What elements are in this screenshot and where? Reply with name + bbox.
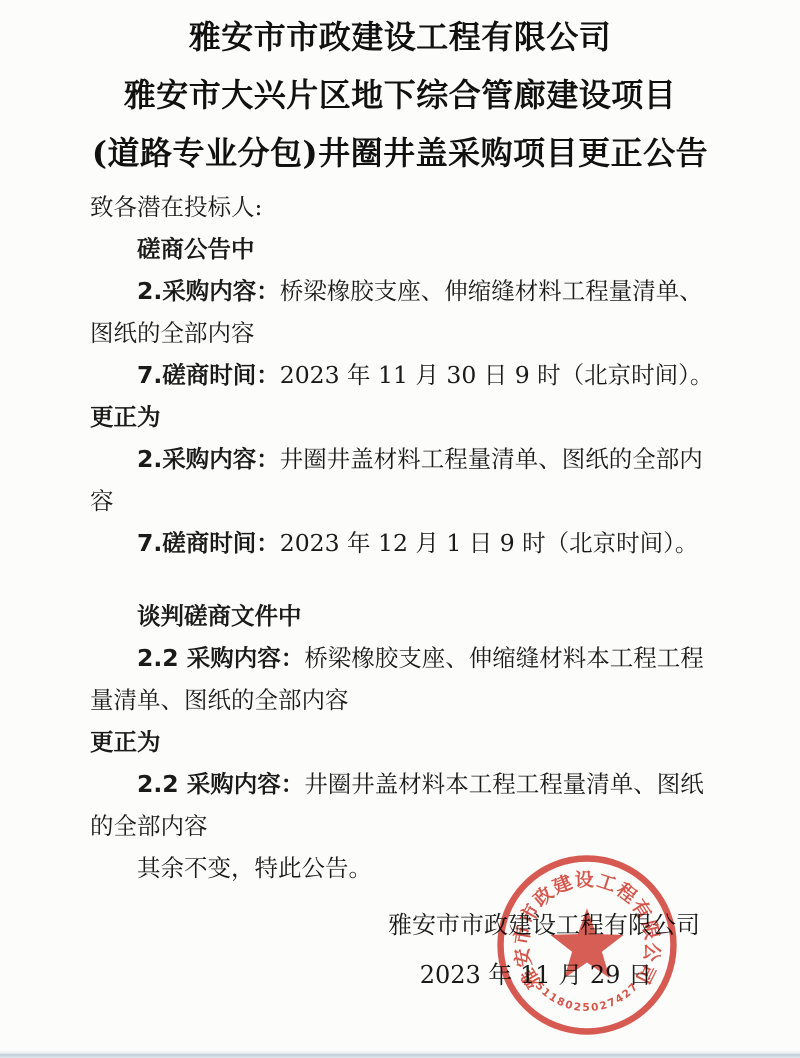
title-line-company: 雅安市市政建设工程有限公司	[0, 8, 800, 66]
body-line: 谈判磋商文件中	[90, 595, 730, 637]
body-line: 2.2 采购内容：井圈井盖材料本工程工程量清单、图纸	[90, 763, 730, 805]
company-seal: 雅安市市政建设工程有限公司 5118025027427	[495, 853, 679, 1037]
body-line: 7.磋商时间：2023 年 11 月 30 日 9 时（北京时间）。	[90, 354, 730, 396]
body-line-label: 磋商公告中	[137, 235, 255, 263]
svg-text:5118025027427: 5118025027427	[533, 980, 642, 1014]
body-line-text: 的全部内容	[90, 812, 208, 840]
body-line-text: 2023 年 12 月 1 日 9 时（北京时间）。	[280, 529, 699, 557]
body-line-text: 量清单、图纸的全部内容	[90, 686, 349, 714]
body-line: 磋商公告中	[90, 228, 730, 270]
body-line-text: 桥梁橡胶支座、伸缩缝材料本工程工程	[304, 644, 704, 672]
body-line-text: 其余不变，特此公告。	[137, 854, 372, 882]
document-page: 雅安市市政建设工程有限公司 雅安市大兴片区地下综合管廊建设项目 (道路专业分包)…	[0, 0, 800, 1058]
body-line: 2.采购内容：井圈井盖材料工程量清单、图纸的全部内	[90, 438, 730, 480]
body-line: 7.磋商时间：2023 年 12 月 1 日 9 时（北京时间）。	[90, 522, 730, 564]
body-line: 更正为	[90, 396, 730, 438]
body-lines: 致各潜在投标人:磋商公告中2.采购内容：桥梁橡胶支座、伸缩缝材料工程量清单、图纸…	[90, 186, 730, 889]
title-line-announcement: (道路专业分包)井圈井盖采购项目更正公告	[0, 124, 800, 182]
scan-edge-shadow	[0, 1050, 800, 1058]
body-line: 致各潜在投标人:	[90, 186, 730, 228]
body-line-label: 2.2 采购内容：	[137, 644, 304, 672]
body-line: 的全部内容	[90, 805, 730, 847]
body-line-label: 更正为	[90, 403, 161, 431]
body-line-label: 7.磋商时间：	[137, 529, 280, 557]
body-line: 更正为	[90, 721, 730, 763]
seal-number: 5118025027427	[533, 980, 642, 1014]
body-line-text: 井圈井盖材料工程量清单、图纸的全部内	[280, 445, 703, 473]
body-line: 2.采购内容：桥梁橡胶支座、伸缩缝材料工程量清单、	[90, 270, 730, 312]
body-line-text: 致各潜在投标人:	[90, 193, 262, 221]
body-line: 2.2 采购内容：桥梁橡胶支座、伸缩缝材料本工程工程	[90, 637, 730, 679]
body-line-label: 2.2 采购内容：	[137, 770, 304, 798]
body-line-text: 井圈井盖材料本工程工程量清单、图纸	[304, 770, 704, 798]
body-line-label: 更正为	[90, 728, 161, 756]
body-line: 图纸的全部内容	[90, 312, 730, 354]
body-line-text: 2023 年 11 月 30 日 9 时（北京时间）。	[280, 361, 714, 389]
seal-star-icon	[550, 908, 623, 978]
body-line-text: 桥梁橡胶支座、伸缩缝材料工程量清单、	[280, 277, 703, 305]
body-line-label: 7.磋商时间：	[137, 361, 280, 389]
document-title: 雅安市市政建设工程有限公司 雅安市大兴片区地下综合管廊建设项目 (道路专业分包)…	[0, 8, 800, 182]
body-line-text: 图纸的全部内容	[90, 319, 255, 347]
title-line-project: 雅安市大兴片区地下综合管廊建设项目	[0, 66, 800, 124]
body-line-text: 容	[90, 487, 114, 515]
body-line: 容	[90, 480, 730, 522]
blank-line	[90, 564, 730, 595]
body-line-label: 2.采购内容：	[137, 277, 280, 305]
body-line-label: 2.采购内容：	[137, 445, 280, 473]
body-line: 量清单、图纸的全部内容	[90, 679, 730, 721]
body-line-label: 谈判磋商文件中	[137, 602, 302, 630]
